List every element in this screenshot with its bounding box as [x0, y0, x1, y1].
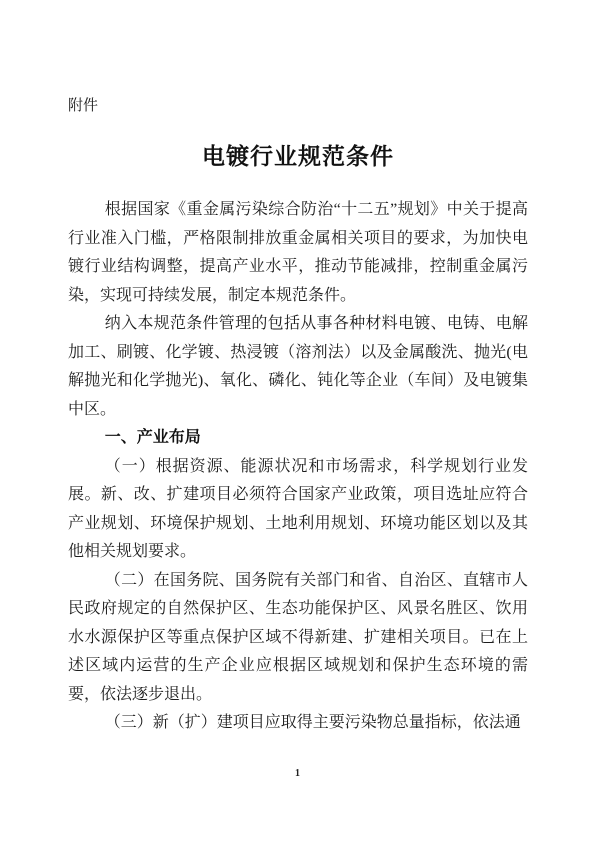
attachment-label: 附件	[68, 96, 528, 116]
page-number: 1	[0, 768, 595, 779]
intro-paragraph-2: 纳入本规范条件管理的包括从事各种材料电镀、电铸、电解加工、刷镀、化学镀、热浸镀（…	[68, 310, 528, 424]
section-item-3: （三）新（扩）建项目应取得主要污染物总量指标，依法通	[68, 709, 528, 738]
section-item-1: （一）根据资源、能源状况和市场需求，科学规划行业发展。新、改、扩建项目必须符合国…	[68, 453, 528, 567]
document-body: 根据国家《重金属污染综合防治“十二五”规划》中关于提高行业准入门槛，严格限制排放…	[68, 196, 528, 738]
document-page: 附件 电镀行业规范条件 根据国家《重金属污染综合防治“十二五”规划》中关于提高行…	[0, 0, 595, 841]
section-heading-industry-layout: 一、产业布局	[68, 424, 528, 453]
document-title: 电镀行业规范条件	[68, 142, 528, 170]
intro-paragraph-1: 根据国家《重金属污染综合防治“十二五”规划》中关于提高行业准入门槛，严格限制排放…	[68, 196, 528, 310]
section-item-2: （二）在国务院、国务院有关部门和省、自治区、直辖市人民政府规定的自然保护区、生态…	[68, 567, 528, 710]
